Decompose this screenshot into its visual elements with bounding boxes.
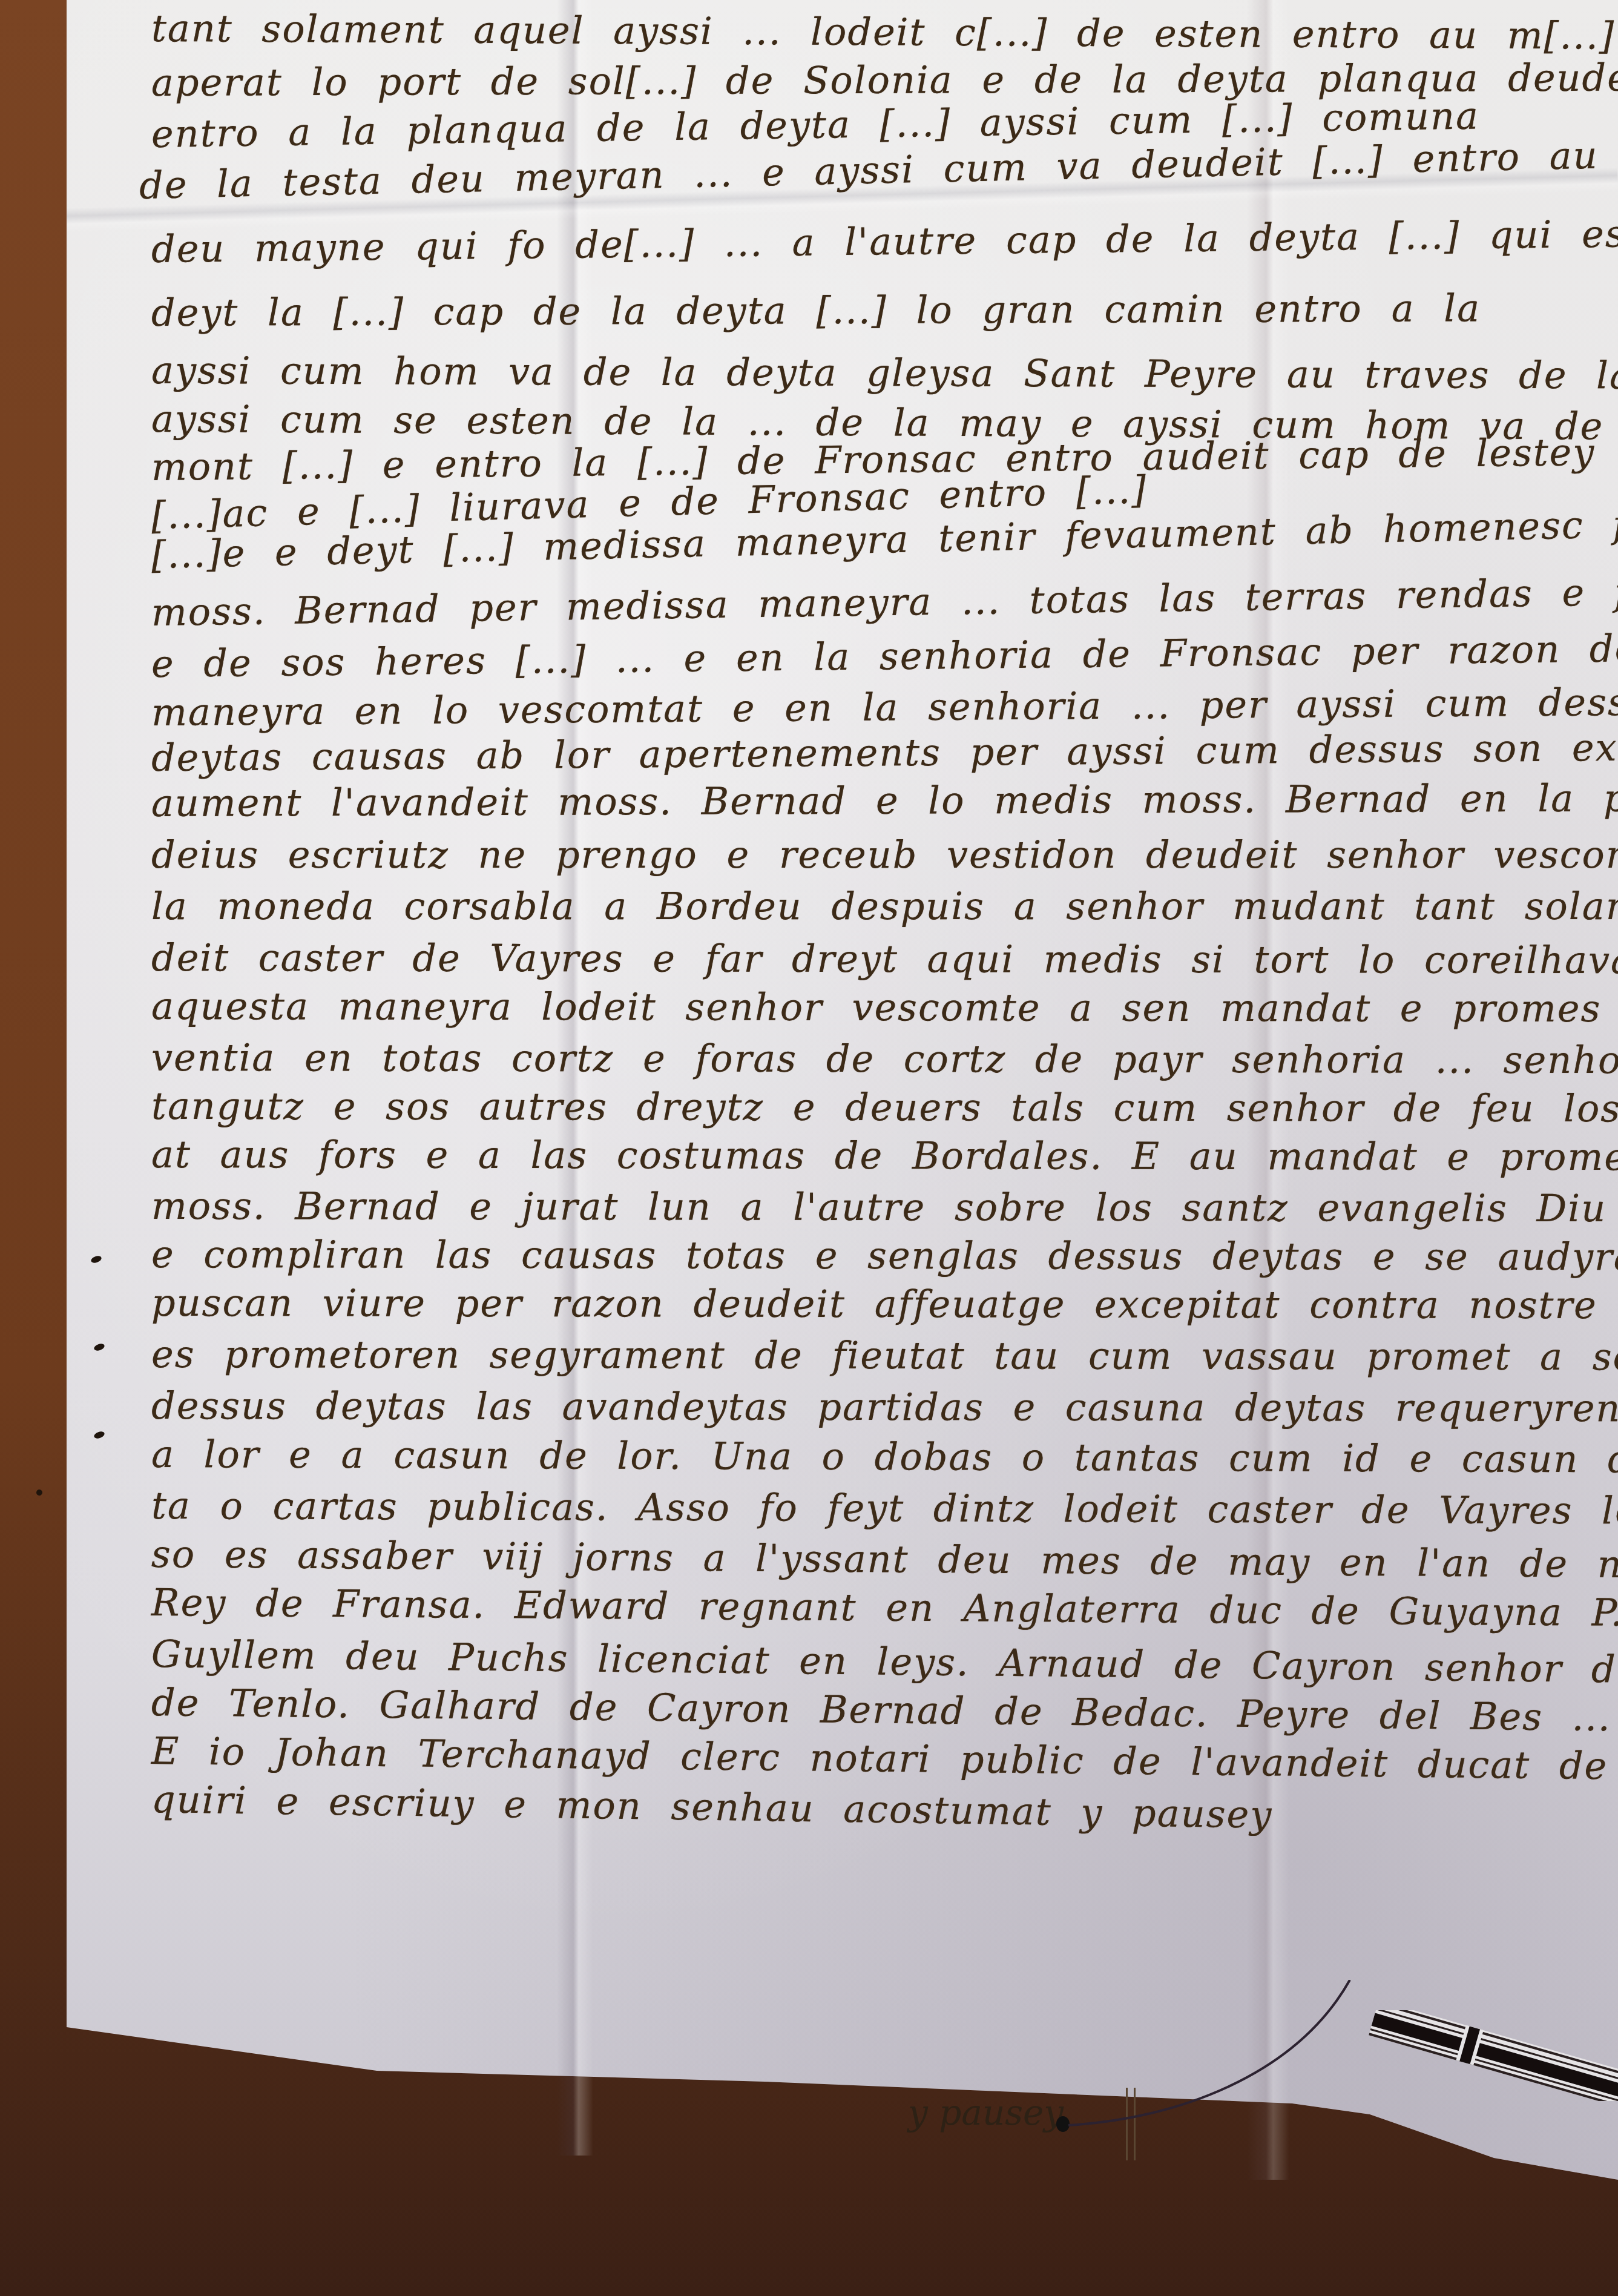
- text-line: aument l'avandeit moss. Bernad e lo medi…: [151, 775, 1618, 825]
- text-line: deit caster de Vayres e far dreyt aqui m…: [151, 935, 1618, 983]
- text-line: dessus deytas las avandeytas partidas e …: [151, 1384, 1618, 1431]
- notarial-flourish-icon: [1065, 1980, 1368, 2137]
- text-line: deyt la [...] cap de la deyta [...] lo g…: [151, 286, 1481, 335]
- text-line: tant solament aquel ayssi ... lodeit c[.…: [151, 6, 1618, 59]
- text-line: es prometoren segyrament de fieutat tau …: [151, 1332, 1618, 1379]
- text-line: at aus fors e a las costumas de Bordales…: [151, 1132, 1618, 1179]
- text-line: e compliran las causas totas e senglas d…: [151, 1232, 1618, 1279]
- text-line: moss. Bernad e jurat lun a l'autre sobre…: [151, 1184, 1618, 1231]
- text-line: la moneda corsabla a Bordeu despuis a se…: [151, 884, 1618, 928]
- text-line: aquesta maneyra lodeit senhor vescomte a…: [151, 984, 1618, 1031]
- text-line: ayssi cum hom va de la deyta gleysa Sant…: [151, 348, 1618, 398]
- text-line: tangutz e sos autres dreytz e deuers tal…: [151, 1084, 1618, 1131]
- text-line: puscan viure per razon deudeit affeuatge…: [151, 1281, 1618, 1328]
- text-line: a lor e a casun de lor. Una o dobas o ta…: [151, 1432, 1618, 1483]
- text-line: ta o cartas publicas. Asso fo feyt dintz…: [151, 1483, 1618, 1534]
- margin-mark: [36, 1489, 44, 1497]
- text-line: ventia en totas cortz e foras de cortz d…: [151, 1035, 1618, 1083]
- closing-signature: y pausey: [908, 2092, 1064, 2133]
- notarial-sign-icon: [1368, 2010, 1618, 2101]
- text-line: deius escriutz ne prengo e receub vestid…: [151, 833, 1618, 877]
- manuscript-photo: tant solament aquel ayssi ... lodeit c[.…: [0, 0, 1618, 2296]
